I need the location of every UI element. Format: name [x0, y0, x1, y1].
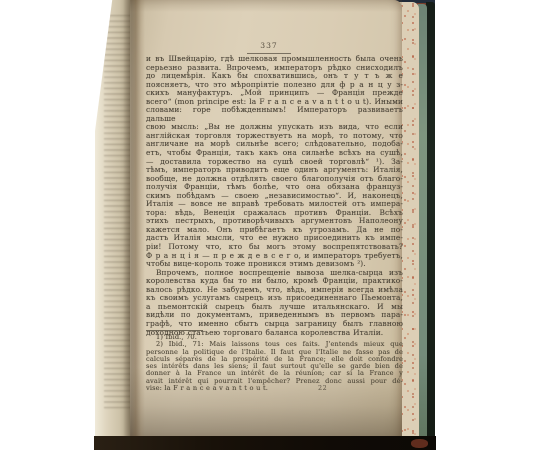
- facing-page-blurred-text: [104, 12, 131, 411]
- cover-maroon-bottom: [411, 439, 428, 448]
- cover-dark-edge: [426, 2, 435, 443]
- book-bottom-shadow: [94, 436, 436, 450]
- page-top-shade: [130, 0, 402, 12]
- page-number: 337: [247, 41, 291, 54]
- page-number-wrap: 337: [141, 33, 397, 54]
- main-text-block: и въ Швейцарію, гдѣ шелковая промышленно…: [146, 55, 403, 337]
- text-line: словами: горе побѣжденнымъ! Императоръ р…: [146, 106, 403, 123]
- cover-green-edge: [418, 4, 427, 442]
- signature-mark: 22: [318, 384, 327, 392]
- text-line: vise: la F r a n c e a v a n t t o u t.: [146, 385, 403, 392]
- book-photo: 337 и въ Швейцарію, гдѣ шелковая промышл…: [0, 0, 550, 450]
- footnote-separator-rule: [146, 330, 203, 331]
- footnotes-block: 1) Ibid., 70.2) Ibid., 71: Mais laissons…: [146, 334, 403, 392]
